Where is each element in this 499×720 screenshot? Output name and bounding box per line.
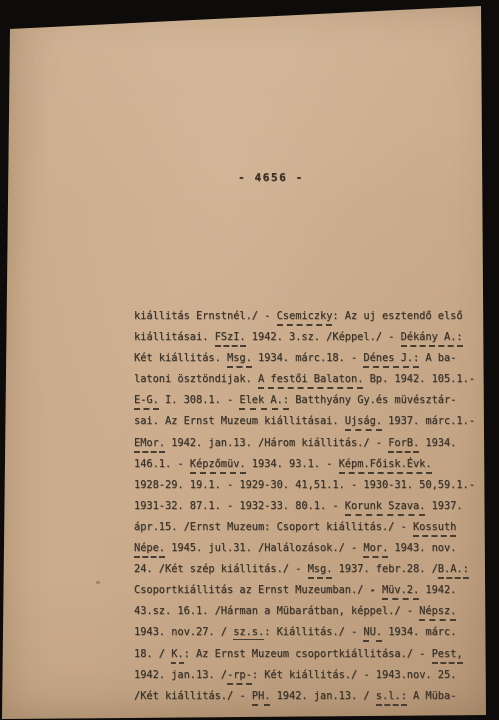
underlined-abbreviation: s.l.: <box>376 690 407 706</box>
text-segment: 1928-29. 19.1. - 1929-30. 41,51.1. - 193… <box>134 479 475 491</box>
text-segment: 18. / <box>134 648 171 660</box>
text-segment: /Két kiállitás./ - <box>134 690 252 702</box>
underlined-abbreviation: A festői Balaton. <box>258 373 363 389</box>
text-line: Két kiállitás. Msg. 1934. márc.18. - Dén… <box>134 348 486 369</box>
underlined-abbreviation: sz.s. <box>233 626 264 640</box>
underlined-abbreviation: Dékány A.: <box>401 331 463 347</box>
text-line: latoni ösztöndijak. A festői Balaton. Bp… <box>134 369 486 390</box>
underlined-abbreviation: EMor. <box>134 437 165 453</box>
text-segment: Batthyány Gy.és müvésztár- <box>289 394 456 406</box>
text-segment: 1942. jan.13. / <box>270 690 375 702</box>
underlined-abbreviation: Pest, <box>432 648 463 664</box>
text-line: ápr.15. /Ernst Muzeum: Csoport kiállitás… <box>134 517 486 538</box>
underlined-abbreviation: FSzI. <box>215 331 246 347</box>
text-segment: 24. /Két szép kiállitás./ - <box>134 563 308 575</box>
text-segment: 1942. 3.sz. /Képpel./ - <box>246 331 401 343</box>
underlined-abbreviation: Ujság. <box>345 415 382 431</box>
text-segment: 1937. <box>425 500 462 512</box>
underlined-abbreviation: K. <box>171 648 183 664</box>
text-line: kiállitás Ernstnél./ - Csemiczky: Az uj … <box>134 306 486 327</box>
underlined-abbreviation: Msg. <box>308 563 333 579</box>
text-segment: 1942. jan.13. / <box>134 669 227 681</box>
text-segment: kiállitás Ernstnél./ - <box>134 310 277 322</box>
text-segment: : Kiállitás./ - <box>264 626 363 638</box>
paper-speck <box>371 589 374 592</box>
text-segment: 1934. márc. <box>382 626 456 638</box>
text-line: 1943. nov.27. / sz.s.: Kiállitás./ - NU.… <box>134 622 486 643</box>
underlined-abbreviation: Népe. <box>134 542 165 558</box>
text-line: 24. /Két szép kiállitás./ - Msg. 1937. f… <box>134 559 486 580</box>
text-segment: 1937. febr.28. / <box>332 563 437 575</box>
underlined-abbreviation: Korunk Szava. <box>345 500 426 516</box>
underlined-abbreviation: B.A.: <box>438 563 469 579</box>
text-segment: 1934. <box>419 437 456 449</box>
underlined-abbreviation: Msg. <box>227 352 252 368</box>
text-line: Népe. 1945. jul.31. /Halálozások./ - Mor… <box>134 538 486 559</box>
underlined-abbreviation: Csemiczky <box>277 310 333 326</box>
text-line: Csoportkiállitás az Ernst Muzeumban./ - … <box>134 580 486 601</box>
text-segment: 1931-32. 87.1. - 1932-33. 80.1. - <box>134 500 345 512</box>
text-line: kiállitásai. FSzI. 1942. 3.sz. /Képpel./… <box>134 327 486 348</box>
text-segment: 1934. 93.1. - <box>246 458 339 470</box>
text-segment: 1945. jul.31. /Halálozások./ - <box>165 542 363 554</box>
underlined-abbreviation: Képm.Főisk.Évk. <box>339 458 432 474</box>
text-line: EMor. 1942. jan.13. /Három kiállitás./ -… <box>134 433 486 454</box>
text-segment: latoni ösztöndijak. <box>134 373 258 385</box>
text-segment: : Két kiállitás./ - 1943.nov. 25. <box>252 669 457 681</box>
text-segment: 1942. jan.13. /Három kiállitás./ - <box>165 437 388 449</box>
text-block: kiállitás Ernstnél./ - Csemiczky: Az uj … <box>134 306 486 707</box>
underlined-abbreviation: -rp- <box>227 669 252 685</box>
text-segment: Bp. 1942. 105.1.- <box>363 373 475 385</box>
photo-background: - 4656 - kiállitás Ernstnél./ - Csemiczk… <box>0 0 499 720</box>
text-line: 146.1. - Képzőmüv. 1934. 93.1. - Képm.Fő… <box>134 454 486 475</box>
text-line: 1942. jan.13. /-rp-: Két kiállitás./ - 1… <box>134 665 486 686</box>
text-line: E-G. I. 308.1. - Elek A.: Batthyány Gy.é… <box>134 390 486 411</box>
text-segment: Két kiállitás. <box>134 352 227 364</box>
text-segment: 1943. nov. <box>388 542 456 554</box>
text-line: 18. / K.: Az Ernst Muzeum csoportkiállit… <box>134 644 486 665</box>
text-segment: kiállitásai. <box>134 331 215 343</box>
underlined-abbreviation: Képzőmüv. <box>190 458 246 474</box>
text-segment: ápr.15. /Ernst Muzeum: Csoport kiállitás… <box>134 521 413 533</box>
underlined-abbreviation: PH. <box>252 690 271 706</box>
text-segment: : Az uj esztendő első <box>332 310 462 322</box>
text-line: 43.sz. 16.1. /Hárman a Mübarátban, képpe… <box>134 601 486 622</box>
text-line: sai. Az Ernst Muzeum kiállitásai. Ujság.… <box>134 411 486 432</box>
underlined-abbreviation: Müv.2. <box>382 584 419 600</box>
scanned-page: - 4656 - kiállitás Ernstnél./ - Csemiczk… <box>0 0 499 720</box>
underlined-abbreviation: Mor. <box>363 542 388 558</box>
underlined-abbreviation: Dénes J.: <box>363 352 419 368</box>
text-line: 1928-29. 19.1. - 1929-30. 41,51.1. - 193… <box>134 475 486 496</box>
underlined-abbreviation: E-G. <box>134 394 159 410</box>
text-segment: : Az Ernst Muzeum csoportkiállitása./ - <box>184 648 432 660</box>
text-segment: 1937. márc.1.- <box>382 415 475 427</box>
page-number: - 4656 - <box>238 171 304 184</box>
text-segment: Csoportkiállitás az Ernst Muzeumban./ - <box>134 584 382 596</box>
text-segment: 146.1. - <box>134 458 190 470</box>
text-line: 1931-32. 87.1. - 1932-33. 80.1. - Korunk… <box>134 496 486 517</box>
underlined-abbreviation: ForB. <box>388 437 419 453</box>
text-segment: I. 308.1. - <box>159 394 240 406</box>
underlined-abbreviation: Elek A.: <box>239 394 289 410</box>
underlined-abbreviation: NU. <box>363 626 382 642</box>
text-segment: 1934. márc.18. - <box>252 352 364 364</box>
text-segment: A Müba- <box>407 690 457 702</box>
text-segment: sai. Az Ernst Muzeum kiállitásai. <box>134 415 345 427</box>
underlined-abbreviation: Kossuth <box>413 521 456 537</box>
text-segment: A ba- <box>419 352 456 364</box>
text-segment: 43.sz. 16.1. /Hárman a Mübarátban, képpe… <box>134 605 419 617</box>
paper-speck <box>96 581 100 584</box>
text-segment: 1943. nov.27. / <box>134 626 233 638</box>
underlined-abbreviation: Népsz. <box>419 605 456 621</box>
text-segment: 1942. <box>419 584 456 596</box>
text-line: /Két kiállitás./ - PH. 1942. jan.13. / s… <box>134 686 486 707</box>
